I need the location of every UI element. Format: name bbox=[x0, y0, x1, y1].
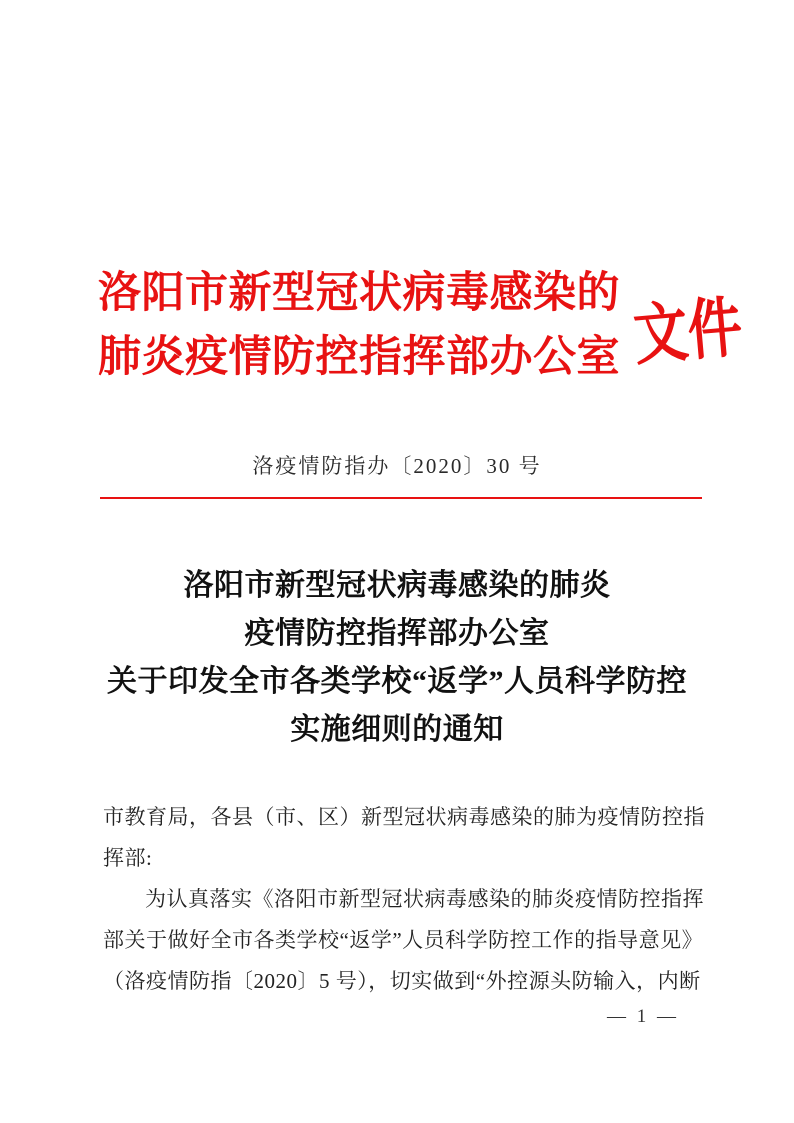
title-line-4: 实施细则的通知 bbox=[62, 706, 732, 754]
document-page: 洛阳市新型冠状病毒感染的 肺炎疫情防控指挥部办公室 文件 洛疫情防指办〔2020… bbox=[0, 0, 794, 1123]
body-line-3: 为认真落实《洛阳市新型冠状病毒感染的肺炎疫情防控指挥 bbox=[103, 879, 703, 920]
page-number: — 1 — bbox=[607, 1006, 679, 1028]
org-name-line1: 洛阳市新型冠状病毒感染的 bbox=[98, 262, 620, 326]
document-title: 洛阳市新型冠状病毒感染的肺炎 疫情防控指挥部办公室 关于印发全市各类学校“返学”… bbox=[62, 562, 732, 754]
title-line-2: 疫情防控指挥部办公室 bbox=[62, 610, 732, 658]
title-line-1: 洛阳市新型冠状病毒感染的肺炎 bbox=[62, 562, 732, 610]
red-divider bbox=[100, 497, 702, 499]
document-number: 洛疫情防指办〔2020〕30 号 bbox=[97, 450, 697, 480]
body-line-1: 市教育局，各县（市、区）新型冠状病毒感染的肺为疫情防控指 bbox=[103, 797, 703, 838]
org-name-line2: 肺炎疫情防控指挥部办公室 bbox=[98, 326, 620, 390]
document-body: 市教育局，各县（市、区）新型冠状病毒感染的肺为疫情防控指 挥部: 为认真落实《洛… bbox=[103, 797, 703, 1002]
body-line-5: （洛疫情防指〔2020〕5 号），切实做到“外控源头防输入，内断 bbox=[103, 961, 703, 1002]
title-line-3: 关于印发全市各类学校“返学”人员科学防控 bbox=[62, 658, 732, 706]
body-line-2: 挥部: bbox=[103, 838, 703, 879]
document-word: 文件 bbox=[631, 295, 745, 370]
letterhead: 洛阳市新型冠状病毒感染的 肺炎疫情防控指挥部办公室 文件 bbox=[98, 262, 710, 390]
org-name: 洛阳市新型冠状病毒感染的 肺炎疫情防控指挥部办公室 bbox=[98, 262, 620, 390]
body-line-4: 部关于做好全市各类学校“返学”人员科学防控工作的指导意见》 bbox=[103, 920, 703, 961]
